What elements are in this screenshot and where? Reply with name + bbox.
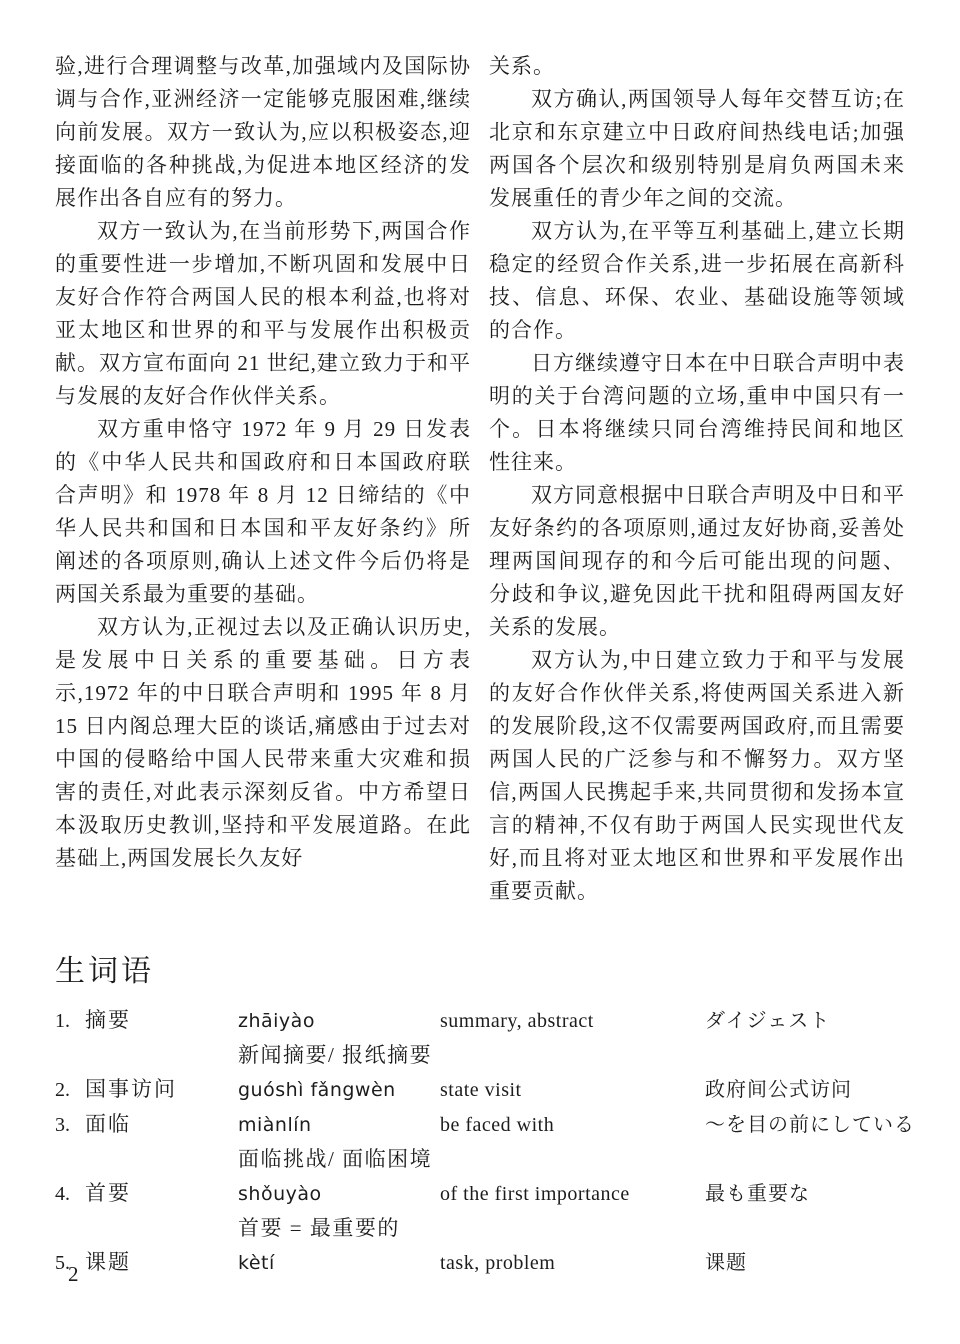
entry-number: 1. (55, 1004, 85, 1038)
entry-example: 面临挑战/ 面临困境 (238, 1142, 432, 1176)
entry-pinyin: miànlín (238, 1108, 440, 1142)
paragraph: 双方同意根据中日联合声明及中日和平友好条约的各项原则,通过友好协商,妥善处理两国… (489, 479, 905, 644)
vocab-entry: 3. 面临 miànlín be faced with ～を目の前にしている (55, 1107, 923, 1142)
entry-english: of the first importance (440, 1177, 705, 1211)
paragraph: 关系。 (489, 50, 905, 83)
paragraph: 双方重申恪守 1972 年 9 月 29 日发表的《中华人民共和国政府和日本国政… (55, 413, 471, 611)
entry-japanese: 最も重要な (705, 1177, 923, 1211)
vocab-example-row: 面临挑战/ 面临困境 (55, 1142, 923, 1176)
paragraph: 双方认为,中日建立致力于和平与发展的友好合作伙伴关系,将使两国关系进入新的发展阶… (489, 644, 905, 908)
vocab-entry: 2. 国事访问 guóshì fǎngwèn state visit 政府间公式… (55, 1072, 923, 1107)
page-number: 2 (68, 1262, 79, 1287)
paragraph: 双方认为,在平等互利基础上,建立长期稳定的经贸合作关系,进一步拓展在高新科技、信… (489, 215, 905, 347)
entry-word: 摘要 (85, 1003, 238, 1037)
entry-word: 课题 (85, 1245, 238, 1279)
entry-number: 2. (55, 1073, 85, 1107)
entry-pinyin: guóshì fǎngwèn (238, 1073, 440, 1107)
entry-pinyin: zhāiyào (238, 1004, 440, 1038)
vocab-example-row: 首要 = 最重要的 (55, 1211, 923, 1245)
entry-word: 国事访问 (85, 1072, 238, 1106)
entry-english: task, problem (440, 1246, 705, 1280)
paragraph: 双方一致认为,在当前形势下,两国合作的重要性进一步增加,不断巩固和发展中日友好合… (55, 215, 471, 413)
entry-number: 4. (55, 1177, 85, 1211)
article-body: 验,进行合理调整与改革,加强域内及国际协调与合作,亚洲经济一定能够克服困难,继续… (55, 50, 905, 908)
entry-english: summary, abstract (440, 1004, 705, 1038)
article-right-column: 关系。 双方确认,两国领导人每年交替互访;在北京和东京建立中日政府间热线电话;加… (489, 50, 905, 908)
entry-word: 面临 (85, 1107, 238, 1141)
vocab-heading: 生词语 (55, 946, 923, 990)
article-left-column: 验,进行合理调整与改革,加强域内及国际协调与合作,亚洲经济一定能够克服困难,继续… (55, 50, 471, 908)
entry-pinyin: shǒuyào (238, 1177, 440, 1211)
entry-japanese: 政府间公式访问 (705, 1073, 923, 1107)
entry-pinyin: kètí (238, 1246, 440, 1280)
entry-japanese: ダイジェスト (705, 1004, 923, 1038)
entry-word: 首要 (85, 1176, 238, 1210)
paragraph: 日方继续遵守日本在中日联合声明中表明的关于台湾问题的立场,重申中国只有一个。日本… (489, 347, 905, 479)
entry-example: 首要 = 最重要的 (238, 1211, 400, 1245)
entry-example: 新闻摘要/ 报纸摘要 (238, 1038, 432, 1072)
entry-japanese: 课题 (705, 1246, 923, 1280)
vocab-entry: 1. 摘要 zhāiyào summary, abstract ダイジェスト (55, 1003, 923, 1038)
entry-number: 3. (55, 1108, 85, 1142)
entry-japanese: ～を目の前にしている (705, 1108, 923, 1142)
textbook-page: 验,进行合理调整与改革,加强域内及国际协调与合作,亚洲经济一定能够克服困难,继续… (0, 0, 960, 1344)
entry-english: be faced with (440, 1108, 705, 1142)
vocab-entry: 5. 课题 kètí task, problem 课题 (55, 1245, 923, 1280)
vocab-section: 生词语 1. 摘要 zhāiyào summary, abstract ダイジェ… (55, 946, 923, 1280)
paragraph: 验,进行合理调整与改革,加强域内及国际协调与合作,亚洲经济一定能够克服困难,继续… (55, 50, 471, 215)
entry-english: state visit (440, 1073, 705, 1107)
vocab-example-row: 新闻摘要/ 报纸摘要 (55, 1038, 923, 1072)
paragraph: 双方认为,正视过去以及正确认识历史,是发展中日关系的重要基础。日方表示,1972… (55, 611, 471, 875)
vocab-entry: 4. 首要 shǒuyào of the first importance 最も… (55, 1176, 923, 1211)
paragraph: 双方确认,两国领导人每年交替互访;在北京和东京建立中日政府间热线电话;加强两国各… (489, 83, 905, 215)
